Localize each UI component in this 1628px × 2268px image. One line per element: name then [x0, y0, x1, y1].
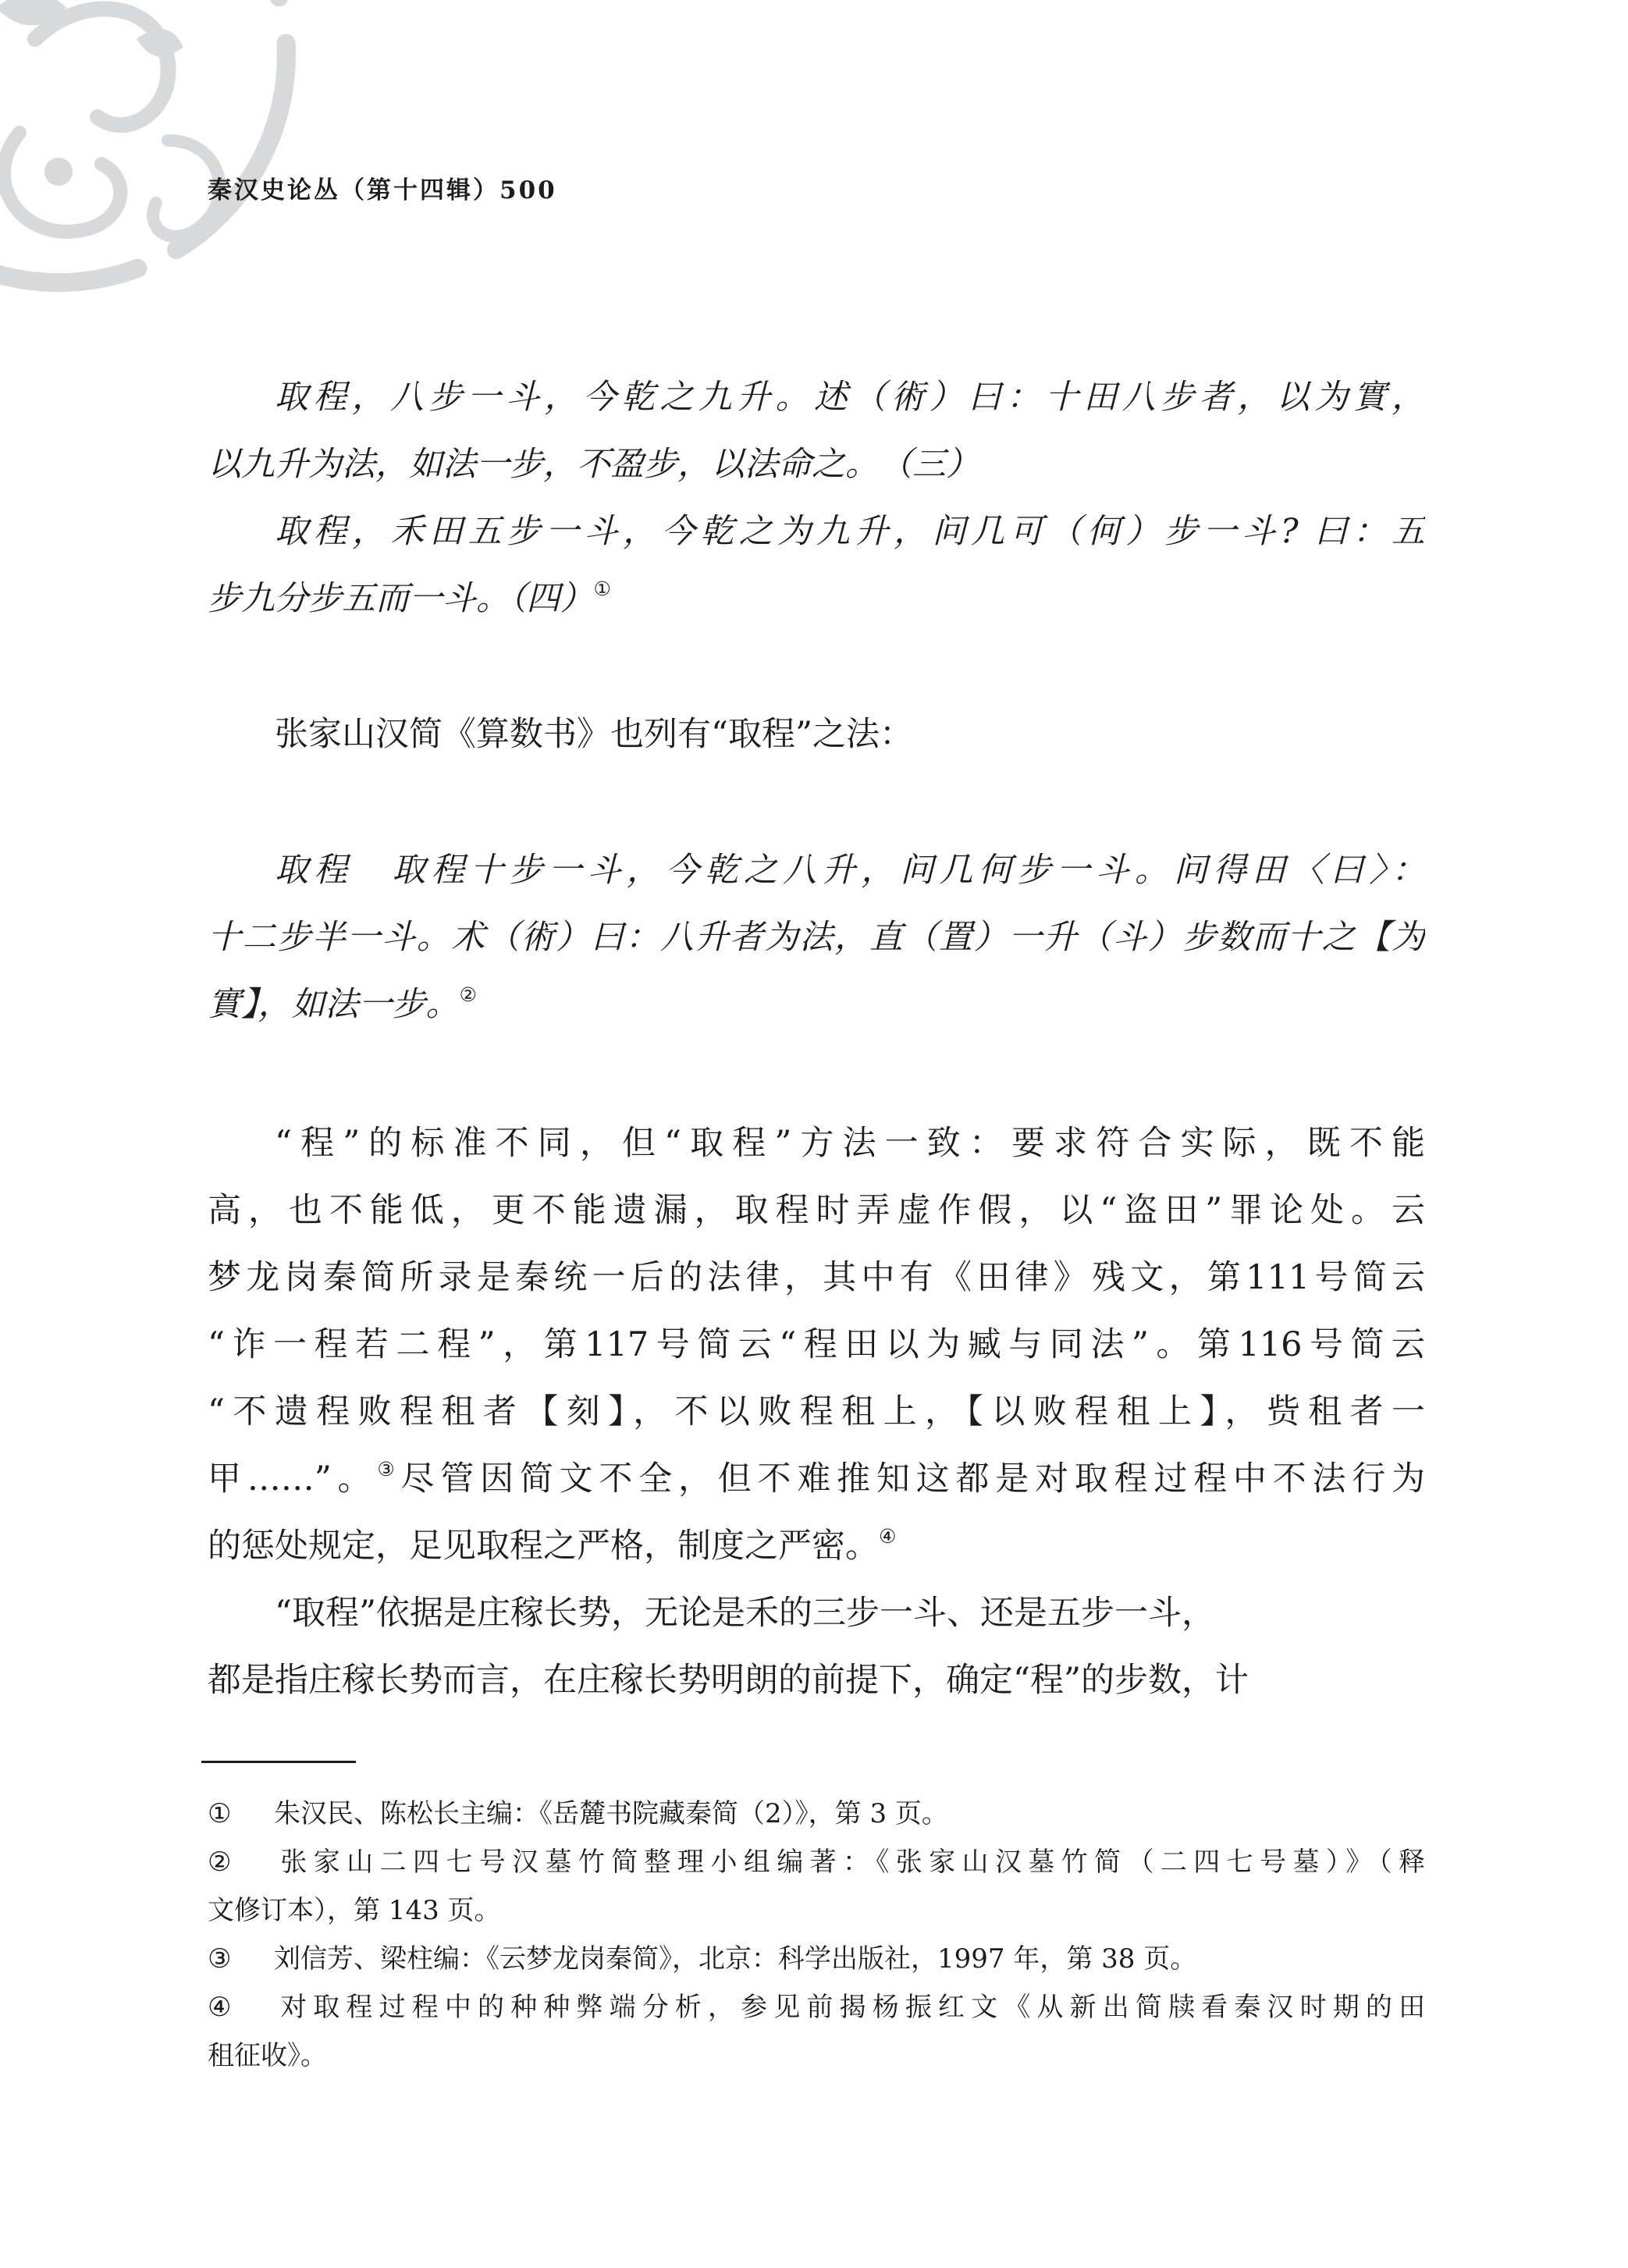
footnote-3: ③刘信芳、梁柱编：《云梦龙岗秦简》，北京：科学出版社，1997 年，第 38 页… [208, 1935, 1425, 1983]
body-line: 高，也不能低，更不能遗漏，取程时弄虚作假，以“盗田”罪论处。云 [208, 1177, 1425, 1244]
page-content: 取程，八步一斗，今乾之九升。述（術）曰：十田八步者，以为實， 以九升为法，如法一… [208, 0, 1425, 2080]
footnote-divider [201, 1761, 356, 1763]
footnote-marker-3: ③ [208, 1935, 274, 1983]
footnote-marker-4: ④ [208, 1983, 274, 2032]
footnote-2-continuation: 文修订本），第 143 页。 [208, 1886, 1425, 1935]
body-line: “取程”依据是庄稼长势，无论是禾的三步一斗、还是五步一斗， [208, 1580, 1425, 1647]
footnotes-section: ①朱汉民、陈松长主编：《岳麓书院藏秦简（2）》，第 3 页。 ②张家山二四七号汉… [208, 1790, 1425, 2080]
body-line-text: 甲……”。 [208, 1459, 377, 1498]
footnote-marker-1: ① [208, 1790, 274, 1838]
body-line: “程”的标准不同，但“取程”方法一致：要求符合实际，既不能 [208, 1110, 1425, 1177]
quote-line-text: 步九分步五而一斗。（四） [208, 579, 594, 618]
intro-line: 张家山汉简《算数书》也列有“取程”之法： [208, 701, 1425, 768]
body-line: “不遗程败程租者【刻】，不以败程租上，【以败程租上】，赀租者一 [208, 1378, 1425, 1445]
footnote-ref-1: ① [594, 578, 611, 600]
blockquote-yuelu-qin-slips: 取程，八步一斗，今乾之九升。述（術）曰：十田八步者，以为實， 以九升为法，如法一… [208, 364, 1425, 632]
footnote-4-continuation: 租征收》。 [208, 2032, 1425, 2080]
footnote-text: 张家山二四七号汉墓竹简整理小组编著：《张家山汉墓竹简（二四七号墓）》（释 [274, 1847, 1425, 1878]
intro-paragraph: 张家山汉简《算数书》也列有“取程”之法： [208, 701, 1425, 768]
footnote-4: ④对取程过程中的种种弊端分析，参见前揭杨振红文《从新出简牍看秦汉时期的田 [208, 1983, 1425, 2032]
footnote-ref-4: ④ [879, 1525, 896, 1548]
body-line: 都是指庄稼长势而言，在庄稼长势明朗的前提下，确定“程”的步数，计 [208, 1647, 1425, 1714]
analysis-paragraph: “程”的标准不同，但“取程”方法一致：要求符合实际，既不能 高，也不能低，更不能… [208, 1110, 1425, 1580]
quote-line: 取程，八步一斗，今乾之九升。述（術）曰：十田八步者，以为實， [208, 364, 1425, 431]
quote-line: 十二步半一斗。术（術）曰：八升者为法，直（置）一升（斗）步数而十之【为 [208, 904, 1425, 971]
blockquote-zhangjiashan-suanshushu: 取程 取程十步一斗，今乾之八升，问几何步一斗。问得田〈曰〉： 十二步半一斗。术（… [208, 837, 1425, 1038]
body-line-text: 尽管因简文不全，但不难推知这都是对取程过程中不法行为 [401, 1459, 1425, 1498]
footnote-marker-2: ② [208, 1838, 274, 1886]
body-line: 甲……”。③尽管因简文不全，但不难推知这都是对取程过程中不法行为 [208, 1445, 1425, 1513]
quote-line: 以九升为法，如法一步，不盈步，以法命之。 （三） [208, 431, 1425, 498]
body-line: 梦龙岗秦简所录是秦统一后的法律，其中有《田律》残文，第111号简云 [208, 1244, 1425, 1311]
body-line-text: 的惩处规定，足见取程之严格，制度之严密。 [208, 1527, 879, 1566]
footnote-1: ①朱汉民、陈松长主编：《岳麓书院藏秦简（2）》，第 3 页。 [208, 1790, 1425, 1838]
footnote-text: 朱汉民、陈松长主编：《岳麓书院藏秦简（2）》，第 3 页。 [274, 1798, 948, 1829]
footnote-ref-2: ② [460, 983, 477, 1006]
quote-line: 步九分步五而一斗。（四）① [208, 565, 1425, 632]
book-page: 秦汉史论丛（第十四辑）500 取程，八步一斗，今乾之九升。述（術）曰：十田八步者… [0, 0, 1628, 2268]
quote-line: 取程，禾田五步一斗，今乾之为九升，问几可（何）步一斗? 曰：五 [208, 498, 1425, 565]
body-line: 的惩处规定，足见取程之严格，制度之严密。④ [208, 1513, 1425, 1580]
conclusion-paragraph: “取程”依据是庄稼长势，无论是禾的三步一斗、还是五步一斗， 都是指庄稼长势而言，… [208, 1580, 1425, 1714]
footnote-text: 刘信芳、梁柱编：《云梦龙岗秦简》，北京：科学出版社，1997 年，第 38 页。 [274, 1943, 1196, 1975]
quote-line-text: 實】，如法一步。 [208, 985, 460, 1024]
quote-line: 取程 取程十步一斗，今乾之八升，问几何步一斗。问得田〈曰〉： [208, 837, 1425, 904]
footnote-text: 对取程过程中的种种弊端分析，参见前揭杨振红文《从新出简牍看秦汉时期的田 [274, 1992, 1425, 2023]
footnote-2: ②张家山二四七号汉墓竹简整理小组编著：《张家山汉墓竹简（二四七号墓）》（释 [208, 1838, 1425, 1886]
quote-line: 實】，如法一步。② [208, 971, 1425, 1038]
body-line: “诈一程若二程”，第117号简云“程田以为臧与同法”。第116号简云 [208, 1311, 1425, 1378]
footnote-ref-3: ③ [377, 1458, 400, 1481]
